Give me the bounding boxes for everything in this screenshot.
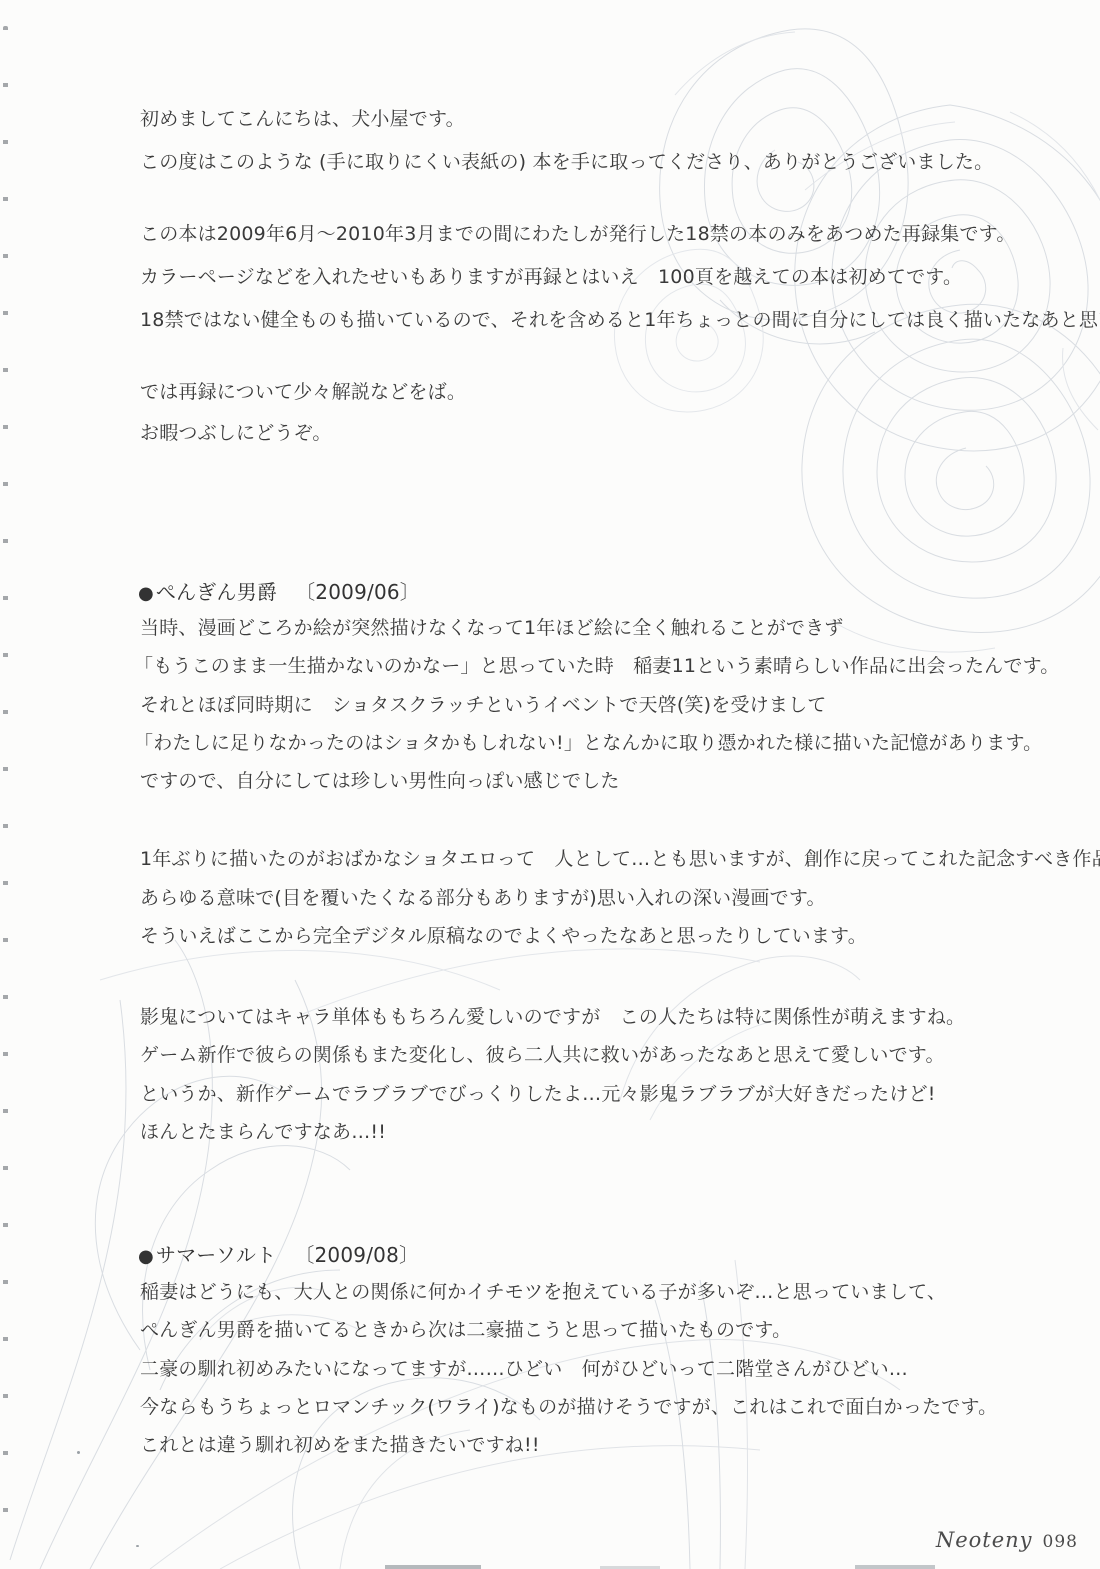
body-line: ゲーム新作で彼らの関係もまた変化し、彼ら二人共に救いがあったなあと思えて愛しいで… (140, 1040, 945, 1067)
section-date: 〔2009/08〕 (294, 1243, 419, 1267)
body-line: 二豪の馴れ初めみたいになってますが……ひどい 何がひどいって二階堂さんがひどい… (140, 1354, 908, 1381)
greeting-line: この度はこのような (手に取りにくい表紙の) 本を手に取ってくださり、ありがとう… (140, 147, 993, 174)
body-line: 1年ぶりに描いたのがおばかなショタエロって 人として…とも思いますが、創作に戻っ… (140, 844, 1100, 871)
scan-edge-artifact (855, 1565, 935, 1569)
about-book-line: カラーページなどを入れたせいもありますが再録とはいえ 100頁を越えての本は初め… (140, 262, 962, 289)
body-line: 「わたしに足りなかったのはショタかもしれない!」となんかに取り憑かれた様に描いた… (134, 728, 1042, 755)
body-line: 稲妻はどうにも、大人との関係に何かイチモツを抱えている子が多いぞ…と思っていまし… (140, 1277, 946, 1304)
body-line: それとほぼ同時期に ショタスクラッチというイベントで天啓(笑)を受けまして (140, 690, 826, 717)
about-book-line: 18禁ではない健全ものも描いているので、それを含めると1年ちょっとの間に自分にし… (140, 305, 1100, 332)
section-title: ぺんぎん男爵 (156, 580, 277, 604)
body-line: というか、新作ゲームでラブラブでびっくりしたよ…元々影鬼ラブラブが大好きだったけ… (140, 1079, 936, 1106)
body-line: 当時、漫画どころか絵が突然描けなくなって1年ほど絵に全く触れることができず (140, 613, 844, 640)
body-line: ほんとたまらんですなあ…!! (140, 1117, 386, 1144)
section-heading: ●サマーソルト〔2009/08〕 (138, 1239, 419, 1268)
about-book-line: この本は2009年6月～2010年3月までの間にわたしが発行した18禁の本のみを… (140, 219, 1016, 246)
section-heading: ●ぺんぎん男爵〔2009/06〕 (138, 576, 420, 605)
brand-signature: Neoteny (936, 1528, 1033, 1552)
body-line: あらゆる意味で(目を覆いたくなる部分もありますが)思い入れの深い漫画です。 (140, 883, 826, 910)
scan-speck (77, 1451, 80, 1454)
body-line: ですので、自分にしては珍しい男性向っぽい感じでした (140, 766, 620, 793)
section-bullet-icon: ● (138, 583, 154, 604)
section-title: サマーソルト (156, 1243, 276, 1267)
body-line: 影鬼についてはキャラ単体ももちろん愛しいのですが この人たちは特に関係性が萌えま… (140, 1002, 965, 1029)
greeting-line: 初めましてこんにちは、犬小屋です。 (140, 104, 465, 131)
body-line: これとは違う馴れ初めをまた描きたいですね!! (140, 1430, 540, 1457)
body-line: 「もうこのまま一生描かないのかなー」と思っていた時 稲妻11という素晴らしい作品… (134, 651, 1059, 678)
page-number: 098 (1043, 1532, 1078, 1552)
section-bullet-icon: ● (138, 1246, 154, 1267)
body-line: 今ならもうちょっとロマンチック(ワライ)なものが描けそうですが、これはこれで面白… (140, 1392, 997, 1419)
scan-binding-marks (3, 26, 8, 1551)
scanned-afterword-page: 初めましてこんにちは、犬小屋です。 この度はこのような (手に取りにくい表紙の)… (0, 0, 1100, 1569)
scan-edge-artifact (385, 1565, 481, 1569)
lead-in-line: お暇つぶしにどうぞ。 (140, 418, 332, 445)
lead-in-line: では再録について少々解説などをば。 (140, 377, 466, 404)
section-date: 〔2009/06〕 (295, 580, 420, 604)
body-line: そういえばここから完全デジタル原稿なのでよくやったなあと思ったりしています。 (140, 921, 867, 948)
page-footer: Neoteny098 (936, 1528, 1078, 1552)
scan-speck (136, 1545, 139, 1547)
body-line: ぺんぎん男爵を描いてるときから次は二豪描こうと思って描いたものです。 (140, 1315, 791, 1342)
